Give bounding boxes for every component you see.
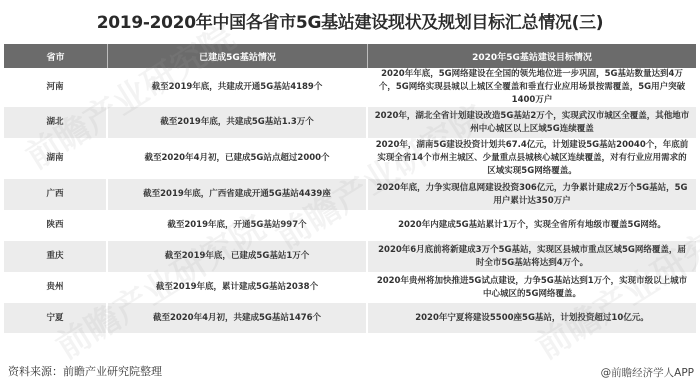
cell-province: 河南 [4,68,108,107]
cell-province: 广西 [4,179,108,210]
cell-target: 2020年，湖南5G建设投资计划共67.4亿元，计划建设5G基站20040个，年… [368,138,696,179]
cell-province: 重庆 [4,241,108,272]
table-row: 河南截至2019年底，共建成开通5G基站4189个2020年年底，5G网络建设在… [4,68,696,107]
table-row: 广西截至2019年底，广西省建成开通5G基站4439座2020年底，力争实现信息… [4,179,696,210]
cell-target: 2020年，湖北全省计划建设改造5G基站2万个，实现武汉市城区全覆盖，其他地市州… [368,107,696,138]
5g-base-station-table: 省市 已建成5G基站情况 2020年5G基站建设目标情况 河南截至2019年底，… [4,44,696,333]
source-note: 资料来源：前瞻产业研究院整理 [8,363,162,379]
cell-province: 贵州 [4,272,108,303]
cell-target: 2020年6月底前将新建成3万个5G基站，实现区县城市重点区域5G网络覆盖，届时… [368,241,696,272]
cell-target: 2020年内建成5G基站累计1万个，实现全省所有地级市覆盖5G网络。 [368,210,696,241]
cell-province: 宁夏 [4,303,108,333]
header-province: 省市 [4,44,108,68]
header-target: 2020年5G基站建设目标情况 [368,44,696,68]
table-row: 贵州截至2019年底，累计建成5G基站2038个2020年贵州将加快推进5G试点… [4,272,696,303]
cell-target: 2020年底，力争实现信息网建设投资306亿元，力争累计建成2万个5G基站，5G… [368,179,696,210]
cell-target: 2020年宁夏将建设5500座5G基站，计划投资超过10亿元。 [368,303,696,333]
cell-target: 2020年年底，5G网络建设在全国的领先地位进一步巩固，5G基站数量达到4万个，… [368,68,696,107]
cell-built: 截至2019年底，开通5G基站997个 [108,210,368,241]
cell-built: 截至2020年4月初，已建成5G站点超过2000个 [108,138,368,179]
cell-built: 截至2019年底，共建成5G基站1.3万个 [108,107,368,138]
table-row: 湖北截至2019年底，共建成5G基站1.3万个2020年，湖北全省计划建设改造5… [4,107,696,138]
header-built: 已建成5G基站情况 [108,44,368,68]
cell-built: 截至2020年4月初，共建成5G基站1476个 [108,303,368,333]
cell-built: 截至2019年底，共建成开通5G基站4189个 [108,68,368,107]
cell-built: 截至2019年底，已建成5G基站1万个 [108,241,368,272]
cell-built: 截至2019年底，广西省建成开通5G基站4439座 [108,179,368,210]
page-title: 2019-2020年中国各省市5G基站建设现状及规划目标汇总情况(三) [0,8,700,33]
cell-target: 2020年贵州将加快推进5G试点建设，力争5G基站达到1万个，实现市级以上城市中… [368,272,696,303]
cell-built: 截至2019年底，累计建成5G基站2038个 [108,272,368,303]
table-row: 湖南截至2020年4月初，已建成5G站点超过2000个2020年，湖南5G建设投… [4,138,696,179]
cell-province: 陕西 [4,210,108,241]
table-row: 重庆截至2019年底，已建成5G基站1万个2020年6月底前将新建成3万个5G基… [4,241,696,272]
table-header-row: 省市 已建成5G基站情况 2020年5G基站建设目标情况 [4,44,696,68]
table-row: 宁夏截至2020年4月初，共建成5G基站1476个2020年宁夏将建设5500座… [4,303,696,333]
cell-province: 湖南 [4,138,108,179]
brand-credit: @前瞻经济学人APP [601,365,694,380]
cell-province: 湖北 [4,107,108,138]
table-row: 陕西截至2019年底，开通5G基站997个2020年内建成5G基站累计1万个，实… [4,210,696,241]
